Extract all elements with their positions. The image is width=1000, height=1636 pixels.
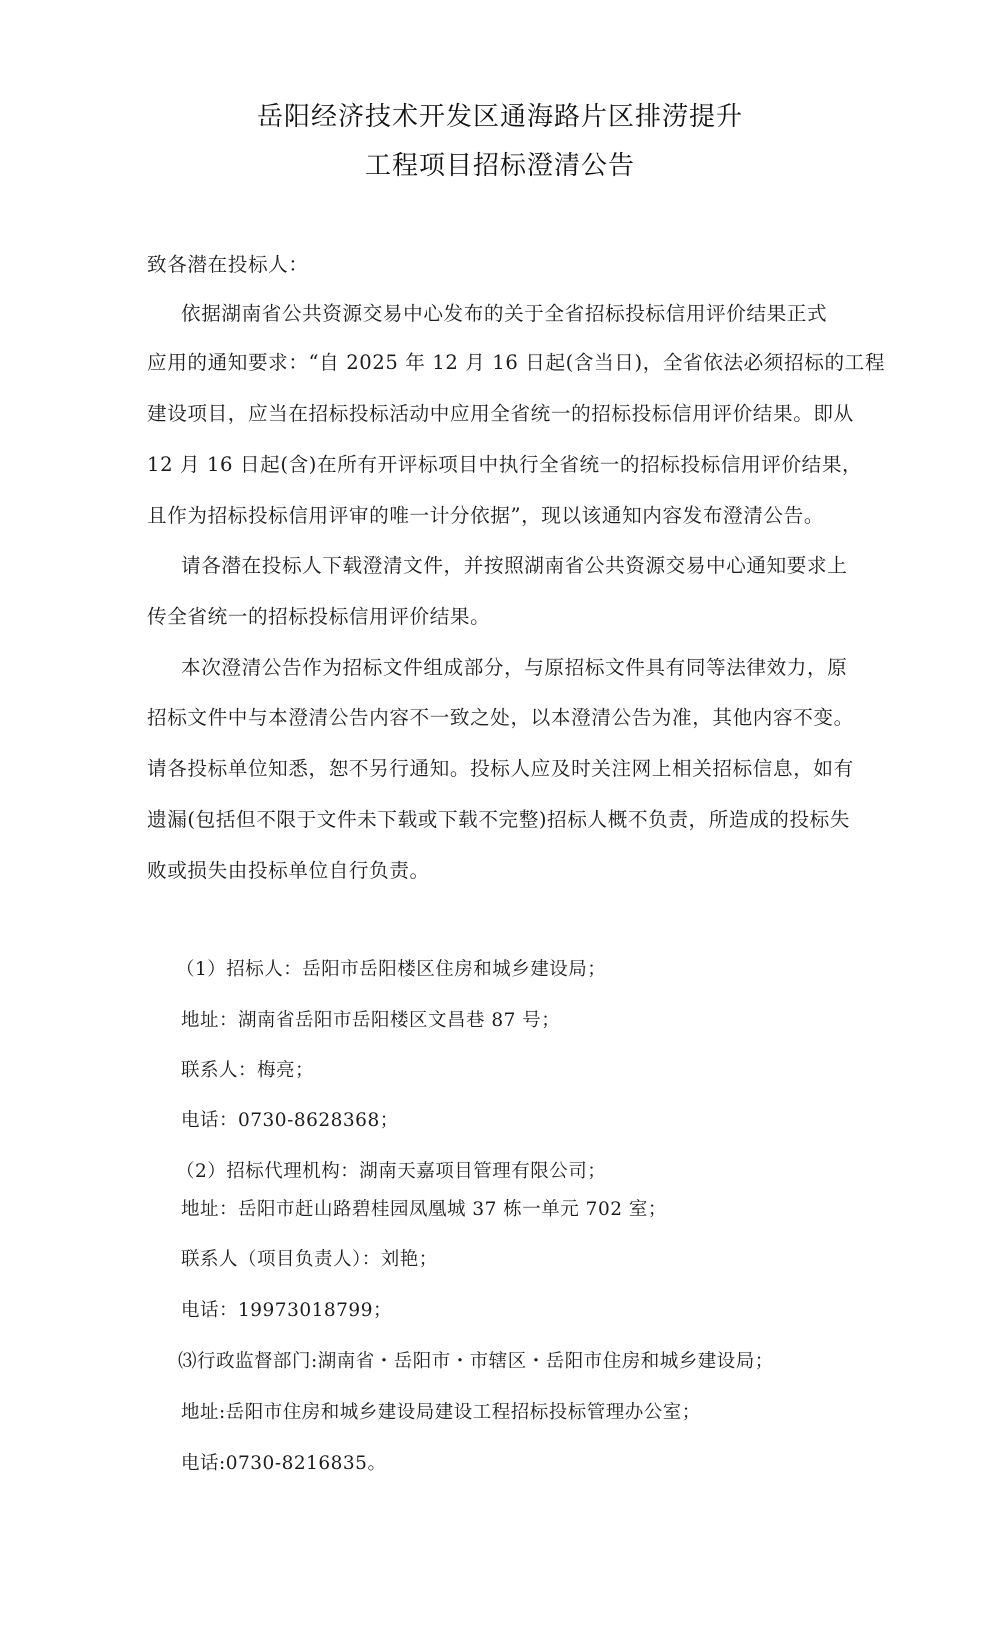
tenderer-phone: 电话：0730-8628368； — [181, 1109, 851, 1133]
paragraph-line: 本次澄清公告作为招标文件组成部分，与原招标文件具有同等法律效力，原 — [181, 656, 851, 680]
document-page: 岳阳经济技术开发区通海路片区排涝提升 工程项目招标澄清公告 致各潜在投标人： 依… — [0, 0, 1000, 1636]
supervisor-address: 地址:岳阳市住房和城乡建设局建设工程招标投标管理办公室； — [181, 1401, 851, 1425]
paragraph-line: 应用的通知要求：“自 2025 年 12 月 16 日起(含当日)，全省依法必须… — [147, 351, 817, 375]
agency-heading: （2）招标代理机构：湖南天嘉项目管理有限公司； — [176, 1160, 846, 1184]
agency-address: 地址：岳阳市赶山路碧桂园凤凰城 37 栋一单元 702 室； — [181, 1198, 851, 1222]
paragraph-line: 请各投标单位知悉，恕不另行通知。投标人应及时关注网上相关招标信息，如有 — [147, 757, 817, 781]
paragraph-line: 遗漏(包括但不限于文件未下载或下载不完整)招标人概不负责，所造成的投标失 — [147, 808, 817, 832]
paragraph-line: 传全省统一的招标投标信用评价结果。 — [147, 605, 817, 629]
document-title-line-1: 岳阳经济技术开发区通海路片区排涝提升 — [0, 96, 1000, 133]
salutation: 致各潜在投标人： — [147, 253, 817, 277]
paragraph-line: 12 月 16 日起(含)在所有开评标项目中执行全省统一的招标投标信用评价结果， — [147, 453, 817, 477]
paragraph-line: 且作为招标投标信用评审的唯一计分依据”，现以该通知内容发布澄清公告。 — [147, 504, 817, 528]
paragraph-line: 败或损失由投标单位自行负责。 — [147, 859, 817, 883]
paragraph-line: 依据湖南省公共资源交易中心发布的关于全省招标投标信用评价结果正式 — [181, 302, 851, 326]
document-title-line-2: 工程项目招标澄清公告 — [0, 145, 1000, 182]
paragraph-line: 招标文件中与本澄清公告内容不一致之处，以本澄清公告为准，其他内容不变。 — [147, 706, 817, 730]
agency-contact: 联系人（项目负责人）：刘艳； — [181, 1248, 851, 1272]
agency-phone: 电话：19973018799； — [181, 1299, 851, 1323]
supervisor-phone: 电话:0730-8216835。 — [181, 1452, 851, 1476]
tenderer-address: 地址：湖南省岳阳市岳阳楼区文昌巷 87 号； — [181, 1009, 851, 1033]
paragraph-line: 建设项目，应当在招标投标活动中应用全省统一的招标投标信用评价结果。即从 — [147, 402, 817, 426]
tenderer-contact: 联系人：梅亮； — [181, 1059, 851, 1083]
supervisor-heading: ⑶行政监督部门:湖南省・岳阳市・市辖区・岳阳市住房和城乡建设局； — [178, 1350, 848, 1374]
paragraph-line: 请各潜在投标人下载澄清文件，并按照湖南省公共资源交易中心通知要求上 — [181, 554, 851, 578]
tenderer-heading: （1）招标人：岳阳市岳阳楼区住房和城乡建设局； — [176, 958, 846, 982]
